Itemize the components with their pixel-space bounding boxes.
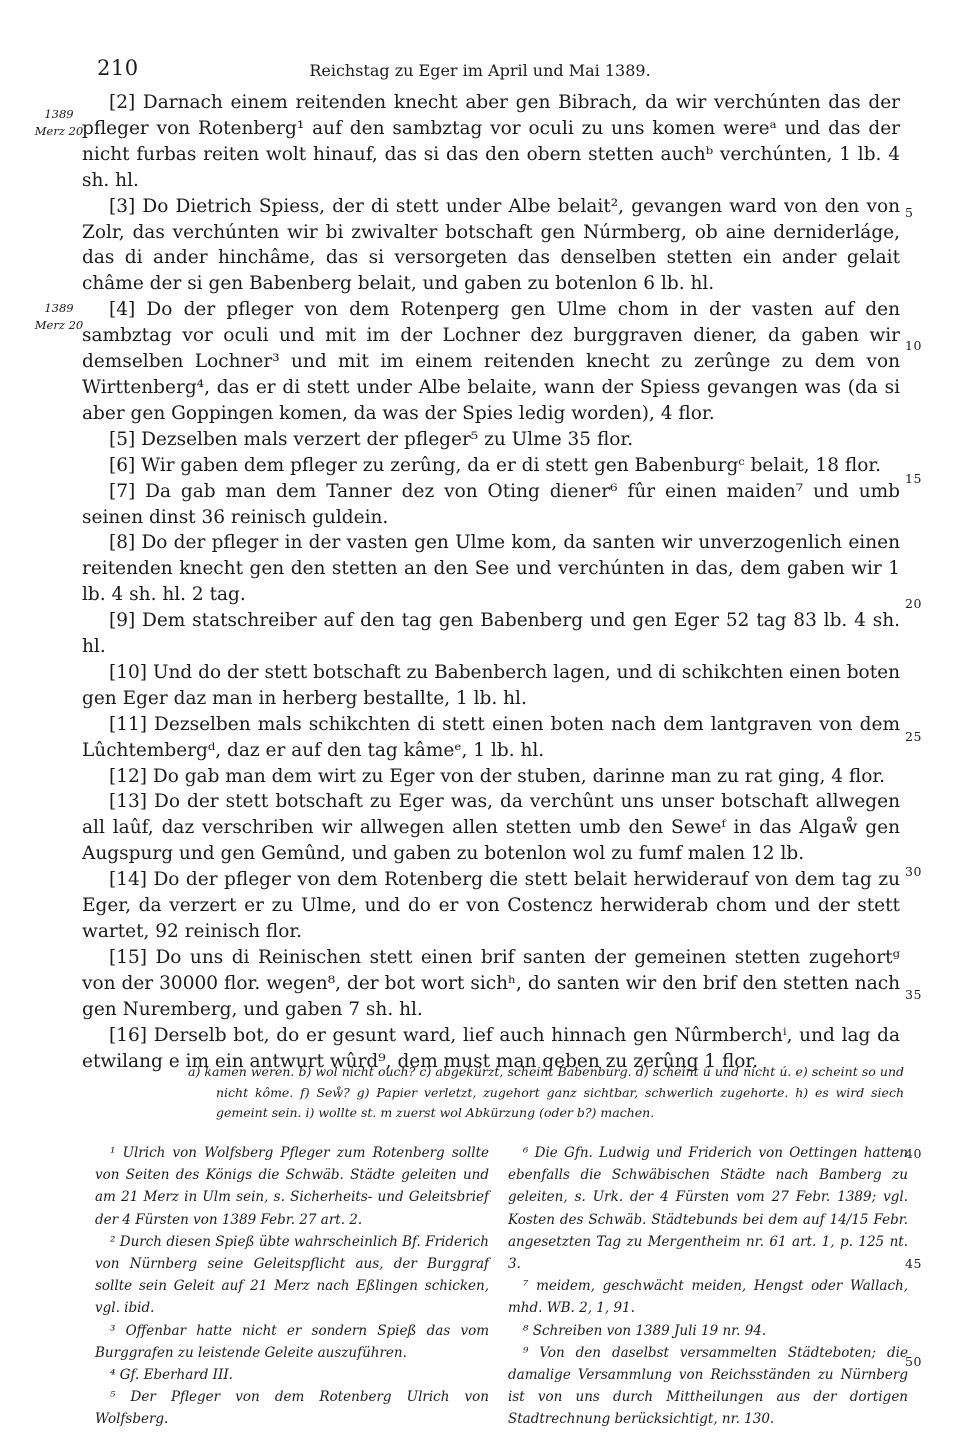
footnote: ⁶ Die Gfn. Ludwig und Friderich von Oett…	[508, 1142, 908, 1275]
paragraph: [13] Do der stett botschaft zu Eger was,…	[82, 789, 900, 867]
book-page: 210 Reichstag zu Eger im April und Mai 1…	[0, 0, 960, 1436]
line-number: 35	[905, 987, 922, 1002]
line-number: 20	[905, 596, 922, 611]
paragraph: [4] Do der pfleger von dem Rotenperg gen…	[82, 297, 900, 427]
line-number: 5	[905, 205, 913, 220]
paragraph: [14] Do der pfleger von dem Rotenberg di…	[82, 867, 900, 945]
paragraph: [6] Wir gaben dem pfleger zu zerûng, da …	[82, 453, 900, 479]
paragraph: [12] Do gab man dem wirt zu Eger von der…	[82, 764, 900, 790]
footnotes-right-column: ⁶ Die Gfn. Ludwig und Friderich von Oett…	[508, 1142, 908, 1431]
line-number: 25	[905, 729, 922, 744]
paragraph: [2] Darnach einem reitenden knecht aber …	[82, 90, 900, 194]
paragraph: [7] Da gab man dem Tanner dez von Oting …	[82, 479, 900, 531]
paragraph: [5] Dezselben mals verzert der pfleger⁵ …	[82, 427, 900, 453]
paragraph: [10] Und do der stett botschaft zu Baben…	[82, 660, 900, 712]
footnote: ⁵ Der Pfleger von dem Rotenberg Ulrich v…	[95, 1386, 489, 1430]
paragraph: [3] Do Dietrich Spiess, der di stett und…	[82, 194, 900, 298]
footnote: ⁹ Von den daselbst versammelten Städtebo…	[508, 1342, 908, 1431]
paragraph: [11] Dezselben mals schikchten di stett …	[82, 712, 900, 764]
paragraph: [9] Dem statschreiber auf den tag gen Ba…	[82, 608, 900, 660]
footnote: ³ Offenbar hatte nicht er sondern Spieß …	[95, 1320, 489, 1364]
paragraph: [8] Do der pfleger in der vasten gen Ulm…	[82, 530, 900, 608]
paragraph: [15] Do uns di Reinischen stett einen br…	[82, 945, 900, 1023]
line-number: 10	[905, 338, 922, 353]
body-text: [2] Darnach einem reitenden knecht aber …	[82, 90, 900, 1074]
critical-apparatus: a) kamen weren. b) wol nicht ouch? c) ab…	[188, 1062, 904, 1124]
footnote: ² Durch diesen Spieß übte wahrscheinlich…	[95, 1231, 489, 1320]
footnotes-left-column: ¹ Ulrich von Wolfsberg Pfleger zum Roten…	[95, 1142, 489, 1431]
footnote: ⁷ meidem, geschwächt meiden, Hengst oder…	[508, 1275, 908, 1319]
footnote: ¹ Ulrich von Wolfsberg Pfleger zum Roten…	[95, 1142, 489, 1231]
line-number: 15	[905, 471, 922, 486]
footnote: ⁴ Gf. Eberhard III.	[95, 1364, 489, 1386]
line-number: 30	[905, 864, 922, 879]
running-title: Reichstag zu Eger im April und Mai 1389.	[0, 61, 960, 80]
footnote: ⁸ Schreiben von 1389 Juli 19 nr. 94.	[508, 1320, 908, 1342]
